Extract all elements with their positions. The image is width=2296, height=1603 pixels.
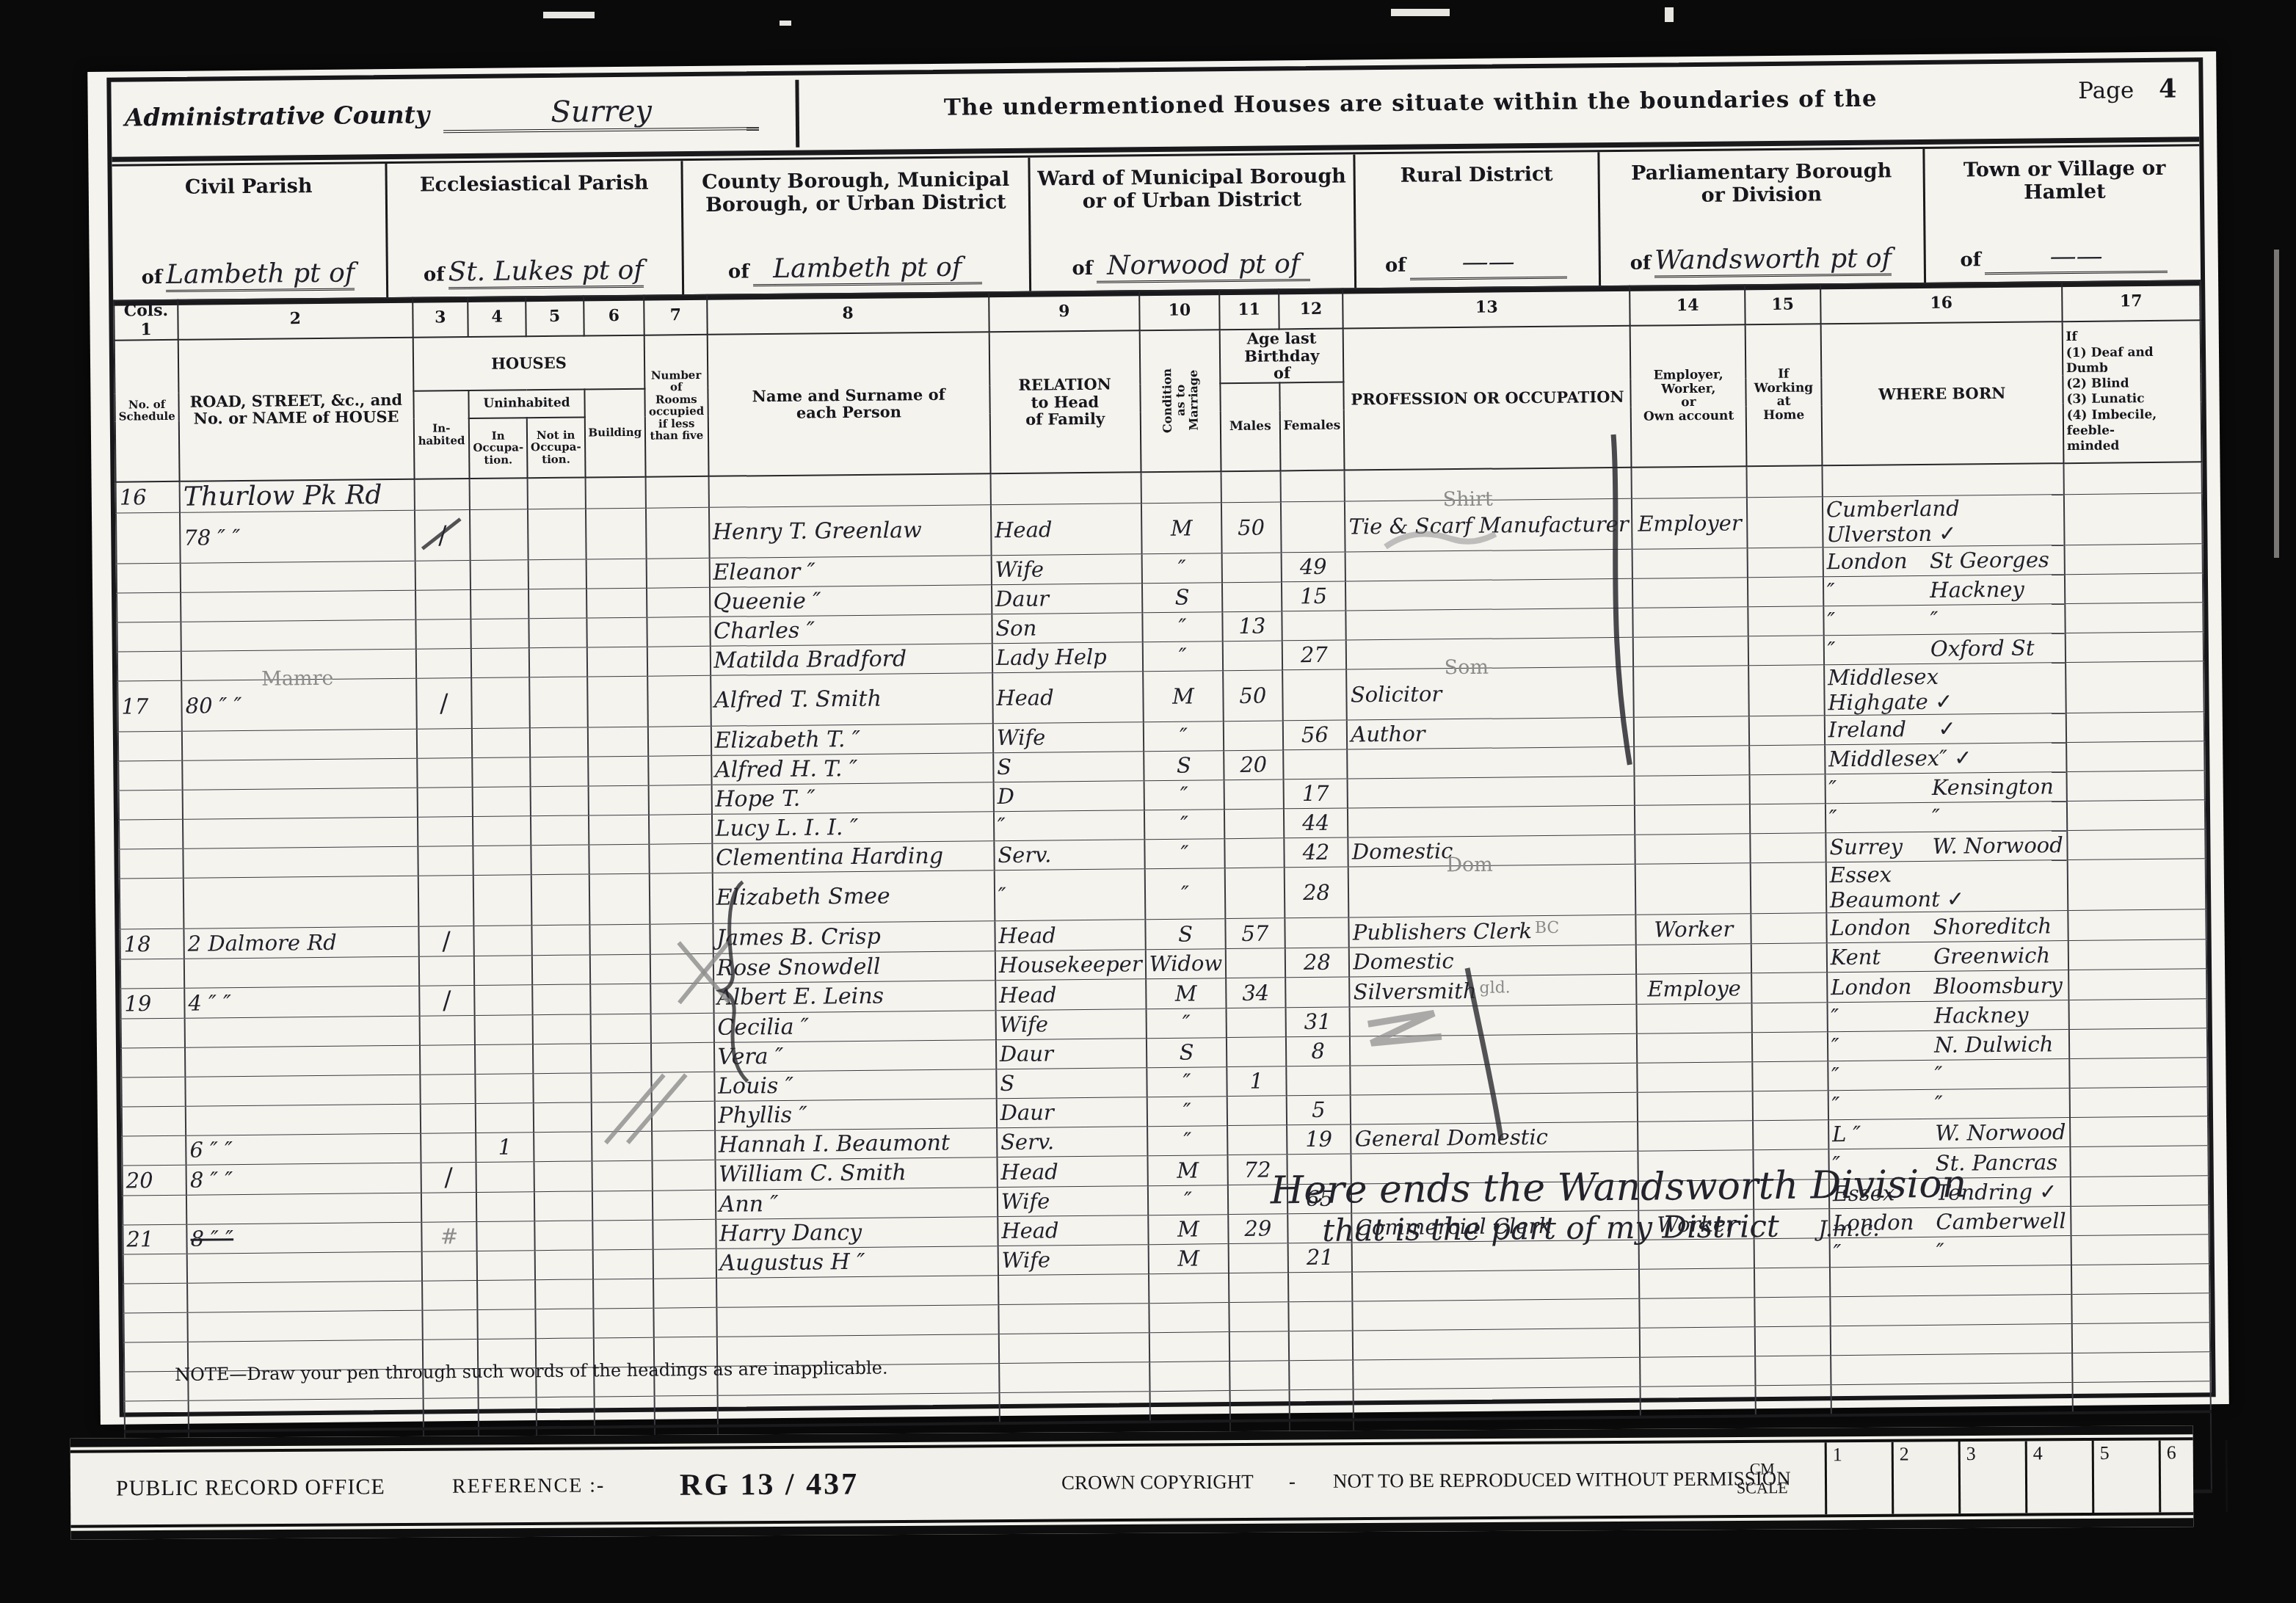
born-county: London [1826,548,1930,574]
form-frame: Administrative County Surrey The underme… [106,57,2215,1417]
cell-occ [1350,1004,1637,1036]
cm-scale-label: CM SCALE [1737,1459,1788,1498]
cell-m [1224,808,1284,838]
cell-born: ″″ [1823,603,2065,635]
cell-occ: Silversmithgld. [1350,974,1637,1007]
cell-text: ″ [1180,841,1188,866]
cell-name: Hope T. ″ [711,782,994,814]
cell-text: Wife [995,557,1044,583]
cell-text: 49 [1300,554,1327,579]
born-place: ″ [1935,1091,1943,1116]
cell-home [1756,1384,1831,1415]
cell-sched [119,848,183,879]
cell-text: Head [995,517,1053,542]
road-text: 6 ″ ″ [189,1137,233,1163]
annotation-initials: J.m.c. [1818,1216,1880,1243]
cell-cond: M [1148,1243,1229,1273]
cell-un [536,1396,594,1427]
cell-m [1222,581,1282,611]
cell-text: Clementina Harding [716,843,943,870]
cell-occ: General Domestic [1351,1122,1638,1154]
pencil-annotation: Som [1445,655,1489,679]
cell-uo [474,925,532,956]
cell-born: ″Hackney [1827,1000,2068,1031]
col-num: 3 [413,297,468,338]
cell-m [1224,720,1283,750]
cell-text: M [1177,1217,1199,1242]
born-county: Kent [1831,944,1934,970]
cell-occ [1345,578,1632,611]
cell-un [534,1191,592,1221]
cell-m [1221,470,1281,502]
record-office-label: PUBLIC RECORD OFFICE [116,1475,385,1501]
cell-rooms [650,873,713,924]
cell-born: ″Hackney [1823,574,2065,606]
header-employer: Employer, Worker, or Own account [1630,324,1746,467]
cell-infirm [2066,661,2204,713]
born-county: Middlesex [1828,746,1939,771]
cell-rel: Head [995,978,1146,1010]
cell-f: 44 [1284,808,1348,838]
cell-m [1224,779,1284,809]
col-num: 4 [468,297,526,337]
reference-bar-inner: PUBLIC RECORD OFFICE REFERENCE :- RG 13 … [70,1437,2194,1528]
cell-emp [1636,943,1751,974]
cell-sched [123,1283,187,1313]
cell-cond: M [1143,670,1224,721]
cell-rel [998,1303,1149,1334]
cell-infirm [2068,968,2207,1000]
cell-cond [1149,1361,1230,1391]
parish-value: of —— [1364,246,1588,280]
cell-text: Serv. [998,842,1051,868]
cell-text: Harry Dancy [719,1219,862,1246]
road-text: 8 ″ ″ [190,1226,233,1251]
cell-un [534,1220,592,1250]
cell-inh: ∕ [419,985,475,1016]
cell-bld [592,1220,653,1250]
cell-f: 15 [1282,581,1346,611]
cell-f [1282,611,1346,641]
cell-uo [474,955,532,985]
cell-home [1752,1002,1828,1032]
cell-m [1229,1301,1289,1331]
cell-infirm [2072,1351,2211,1382]
cell-home [1748,547,1823,577]
admin-county-value: Surrey [443,93,759,133]
cell-uo [473,786,531,816]
cell-home [1747,496,1823,548]
cell-f: 5 [1286,1095,1351,1125]
of-label: of [142,266,163,288]
cell-rel [999,1362,1149,1392]
born-place: W. Norwood [1935,1119,2066,1146]
cell-home [1751,942,1827,973]
occupation-text: Publishers Clerk [1353,918,1532,945]
cell-rel: Wife [998,1185,1148,1216]
enumerator-annotation: Here ends the Wandsworth Division that i… [1271,1160,2218,1248]
cell-cond [1149,1273,1229,1303]
born-place: N. Dulwich [1934,1031,2054,1058]
cell-f: 28 [1285,948,1349,978]
cell-name: Ann ″ [715,1187,998,1219]
cell-occ [1352,1269,1639,1301]
cell-rooms [646,476,709,507]
cell-home [1749,744,1825,774]
cell-text: Worker [1654,916,1733,942]
cell-sched: 16 [116,481,180,512]
cell-cond: ″ [1144,721,1224,751]
parish-cell: Town or Village or Hamletof —— [1925,146,2205,283]
cell-text: Augustus H ″ [719,1248,865,1276]
cell-text: ∕ [444,1163,453,1192]
cell-text: 13 [1238,614,1265,639]
born-county: ″ [1827,607,1930,633]
parish-cell: County Borough, Municipal Borough, or Ur… [683,158,1031,295]
cell-f: 27 [1282,640,1346,670]
cell-text: ″ [1178,614,1186,639]
header-born: WHERE BORN [1820,321,2063,465]
cell-sched: 20 [123,1165,186,1196]
cell-m: 34 [1226,977,1285,1008]
cell-inh: # [421,1221,477,1251]
cell-text: Employer [1638,510,1742,536]
cell-road: 8 ″ ″ [186,1163,421,1195]
cell-emp [1635,774,1750,805]
cell-text: Wife [999,1012,1048,1038]
cell-uo [471,589,528,619]
cell-road [187,1251,422,1283]
cell-inh [418,816,473,846]
cell-rooms [649,843,712,873]
cell-text: Albert E. Leins [717,984,884,1011]
born-place: Ulverston [1826,520,1932,546]
cell-rel [998,1273,1149,1304]
born-place: ″ [1939,746,1947,771]
occupation-text: General Domestic [1354,1124,1548,1152]
ruler-mark: 3 [1958,1442,2026,1514]
cell-text: Matilda Bradford [713,646,907,674]
cell-occ [1346,637,1633,669]
cell-sched [121,1047,185,1077]
cell-text: Rose Snowdell [716,953,880,981]
cell-home [1750,832,1825,862]
cell-text: Cecilia ″ [717,1014,809,1040]
cell-inh [419,1015,475,1045]
cell-text: 50 [1239,683,1266,708]
cell-rel [990,472,1141,504]
reference-bar: PUBLIC RECORD OFFICE REFERENCE :- RG 13 … [70,1425,2194,1540]
cell-rooms [647,558,710,588]
cell-emp [1637,1032,1752,1063]
cell-text: 27 [1301,642,1328,667]
cell-inh [421,1133,476,1163]
cell-rel: Daur [997,1097,1147,1127]
ruler-mark: 6 [2159,1440,2226,1513]
cell-emp [1638,1091,1753,1122]
cell-bld [586,647,647,677]
col-num: 15 [1745,284,1820,324]
cell-infirm [2071,1322,2210,1353]
cell-text: James B. Crisp [716,924,881,951]
cell-f [1288,1301,1353,1331]
cell-road [188,1310,423,1342]
cell-cond: ″ [1143,641,1224,671]
born-place: Hackney [1930,577,2024,603]
cell-infirm [2071,1293,2210,1323]
cell-f [1288,1272,1353,1302]
cell-road: 2 Dalmore Rd [184,926,418,959]
cell-sched [117,651,181,681]
cell-sched [122,1106,186,1136]
cell-cond: ″ [1146,1008,1227,1038]
cell-rel: Serv. [997,1126,1147,1157]
cell-text: Head [996,685,1054,710]
cell-text: Ann ″ [719,1191,778,1218]
born-place: W. Norwood [1932,832,2063,859]
cell-text: Alfred H. T. ″ [715,755,858,782]
cell-born: ″″ [1825,801,2067,832]
cell-bld [586,588,647,618]
header-name: Name and Surname of each Person [707,332,990,476]
cell-f [1280,470,1345,501]
cell-occ [1348,746,1635,779]
cell-emp [1637,1003,1752,1033]
header-road: ROAD, STREET, &c., and No. or NAME of HO… [178,338,414,481]
cell-uo [470,478,528,509]
cell-home [1753,1090,1828,1120]
cell-text: 28 [1304,950,1331,975]
cell-bld [589,873,650,925]
scan-artifact [1665,7,1674,22]
cell-m [1227,1036,1286,1066]
cell-text: 20 [1240,752,1267,777]
cell-sched [125,1400,189,1431]
cell-road [186,1104,421,1135]
parish-label: County Borough, Municipal Borough, or Ur… [683,168,1029,217]
cell-name: James B. Crisp [713,920,995,953]
cell-inh [415,589,471,619]
cell-inh [419,956,475,986]
cell-inh: ∕ [421,1162,476,1193]
parish-value: of Wandsworth pt of [1608,243,1914,278]
cell-un [532,954,590,984]
cell-rooms [653,1248,716,1279]
divider [795,80,799,148]
cell-name: Augustus H ″ [716,1246,998,1278]
road-text: 80 ″ ″ [185,693,241,719]
cell-sched [119,819,183,849]
cell-occ [1353,1328,1640,1360]
cell-infirm [2070,1116,2209,1146]
cell-text: S [997,755,1011,779]
cell-text: Housekeeper [999,951,1142,978]
cell-road [185,1045,420,1077]
cell-occ [1351,1092,1638,1124]
header-occupation: PROFESSION OR OCCUPATION [1343,326,1632,470]
cell-name: Alfred T. Smith [711,672,993,726]
born-place: Bloomsbury [1933,973,2063,999]
cell-inh [415,648,471,678]
cell-name: Elizabeth Smee [712,870,995,923]
cell-f: 17 [1283,779,1348,809]
header-condition-text: Condition as to Marriage [1160,368,1201,434]
cell-bld [589,844,650,874]
separator-dash: - [1289,1470,1296,1493]
cell-emp [1633,606,1748,637]
parish-value: of Lambeth pt of [691,252,1019,287]
cell-f [1283,749,1348,779]
cell-un [530,786,588,816]
parish-band: Civil Parishof Lambeth pt ofEcclesiastic… [112,146,2201,305]
cell-name: William C. Smith [715,1157,998,1190]
permission-label: NOT TO BE REPRODUCED WITHOUT PERMISSION [1333,1467,1791,1493]
born-place: ″ [1934,1062,1942,1087]
cell-cond: ″ [1148,1185,1229,1215]
born-county: ″ [1828,636,1931,662]
cell-road: 6 ″ ″ [186,1133,421,1165]
cell-un [531,874,589,926]
cell-text: 34 [1242,980,1269,1005]
header-females: Females [1279,382,1345,470]
cell-f [1281,501,1345,553]
crown-copyright-label: CROWN COPYRIGHT [1061,1470,1254,1494]
cell-emp [1632,577,1748,608]
parish-value: of —— [1933,240,2195,275]
cell-occ: Author [1347,717,1634,749]
cell-uo [470,509,528,560]
occupation-text: Solicitor [1351,681,1442,707]
cell-text: Head [999,982,1057,1008]
cell-born [1822,463,2063,497]
cell-rooms [647,617,711,647]
header-males: Males [1221,382,1281,471]
road-text: 8 ″ ″ [190,1167,233,1193]
cell-name [708,473,991,507]
col-num: 11 [1219,289,1279,330]
cell-text: ″ [998,813,1006,838]
cell-name: Louis ″ [714,1069,997,1101]
born-place: Shoreditch [1933,913,2052,939]
check-mark: ✓ [1940,886,1965,911]
cell-text: 21 [126,1226,153,1251]
col-num: 12 [1279,289,1343,330]
check-mark: ✓ [1931,716,1956,741]
cell-infirm [2067,858,2206,910]
cm-ruler: 123456 [1825,1440,2258,1515]
cell-text: Wife [1002,1247,1051,1273]
cell-emp [1634,665,1749,717]
cell-emp [1641,1385,1756,1417]
cell-text: Head [998,923,1056,948]
cell-un [528,509,586,560]
of-label: of [1630,252,1651,275]
cell-rel: Head [997,1155,1147,1187]
col-num: 8 [707,292,989,335]
cell-sched [122,1135,186,1166]
cell-un [528,559,586,589]
cell-road: Thurlow Pk Rd [180,479,415,512]
cell-text: Daur [995,586,1049,611]
cell-born: KentGreenwich [1827,940,2068,972]
cell-rooms [651,1072,714,1102]
cell-m [1226,948,1285,978]
check-mark: ✓ [1947,745,1972,770]
cell-name [716,1275,999,1307]
born-county: Ireland [1828,716,1932,742]
cell-road: 4 ″ ″ [184,986,419,1018]
cell-infirm [2068,939,2206,970]
cell-f [1289,1360,1354,1390]
cell-cond: M [1148,1214,1229,1244]
cell-sched [123,1195,186,1225]
cell-cond [1149,1390,1230,1422]
cell-name: Cecilia ″ [713,1010,996,1042]
cell-bld [592,1131,653,1161]
cell-infirm [2066,711,2204,742]
cell-bld [593,1308,654,1338]
cell-rel [999,1332,1149,1363]
cell-name: Eleanor ″ [709,555,992,587]
cell-rooms [651,1013,714,1043]
cell-cond: ″ [1147,1096,1228,1126]
cell-text: 42 [1302,840,1329,865]
cell-text: Vera ″ [718,1043,784,1069]
cell-inh [421,1251,477,1281]
header-uninhabited: Uninhabited [469,389,585,418]
cell-rel: Head [992,671,1144,723]
parish-value-text: Wandsworth pt of [1654,243,1892,277]
cell-uo [473,815,531,846]
cell-inh [418,875,473,926]
cell-un [534,1160,592,1191]
cell-rel [999,1391,1149,1422]
cell-emp: Employer [1632,497,1747,549]
cell-text: 56 [1301,722,1329,747]
cell-uo [477,1221,535,1251]
cell-m [1225,837,1285,868]
pencil-annotation: Mamre [261,666,334,690]
cell-text: M [1177,1157,1199,1182]
cell-home [1749,715,1825,745]
cell-born: ″″ [1828,1058,2069,1090]
cell-infirm [2065,602,2204,633]
cell-infirm [2069,1057,2208,1088]
cell-infirm [2067,829,2206,859]
cell-occ [1346,608,1633,640]
cell-rel: Lady Help [992,641,1143,672]
cell-uo [473,874,531,926]
cell-text: Son [995,616,1036,641]
cell-inh: ∕ [416,677,472,729]
cell-uo [477,1250,535,1280]
ruler-mark: 2 [1892,1442,1959,1514]
cell-cond: S [1145,918,1226,949]
cell-text: 19 [124,991,151,1016]
cell-un [531,924,589,955]
cell-emp [1633,636,1748,666]
cell-infirm [2067,799,2206,830]
cell-m [1227,1124,1287,1155]
cell-sched [121,1077,185,1107]
cell-text: 44 [1302,810,1329,835]
cell-text: 19 [1305,1127,1332,1152]
cell-text: ″ [1178,556,1186,581]
cell-text: William C. Smith [719,1160,907,1187]
cell-text: ″ [1182,1069,1191,1094]
cell-m [1227,1007,1286,1037]
cell-road [181,619,415,651]
